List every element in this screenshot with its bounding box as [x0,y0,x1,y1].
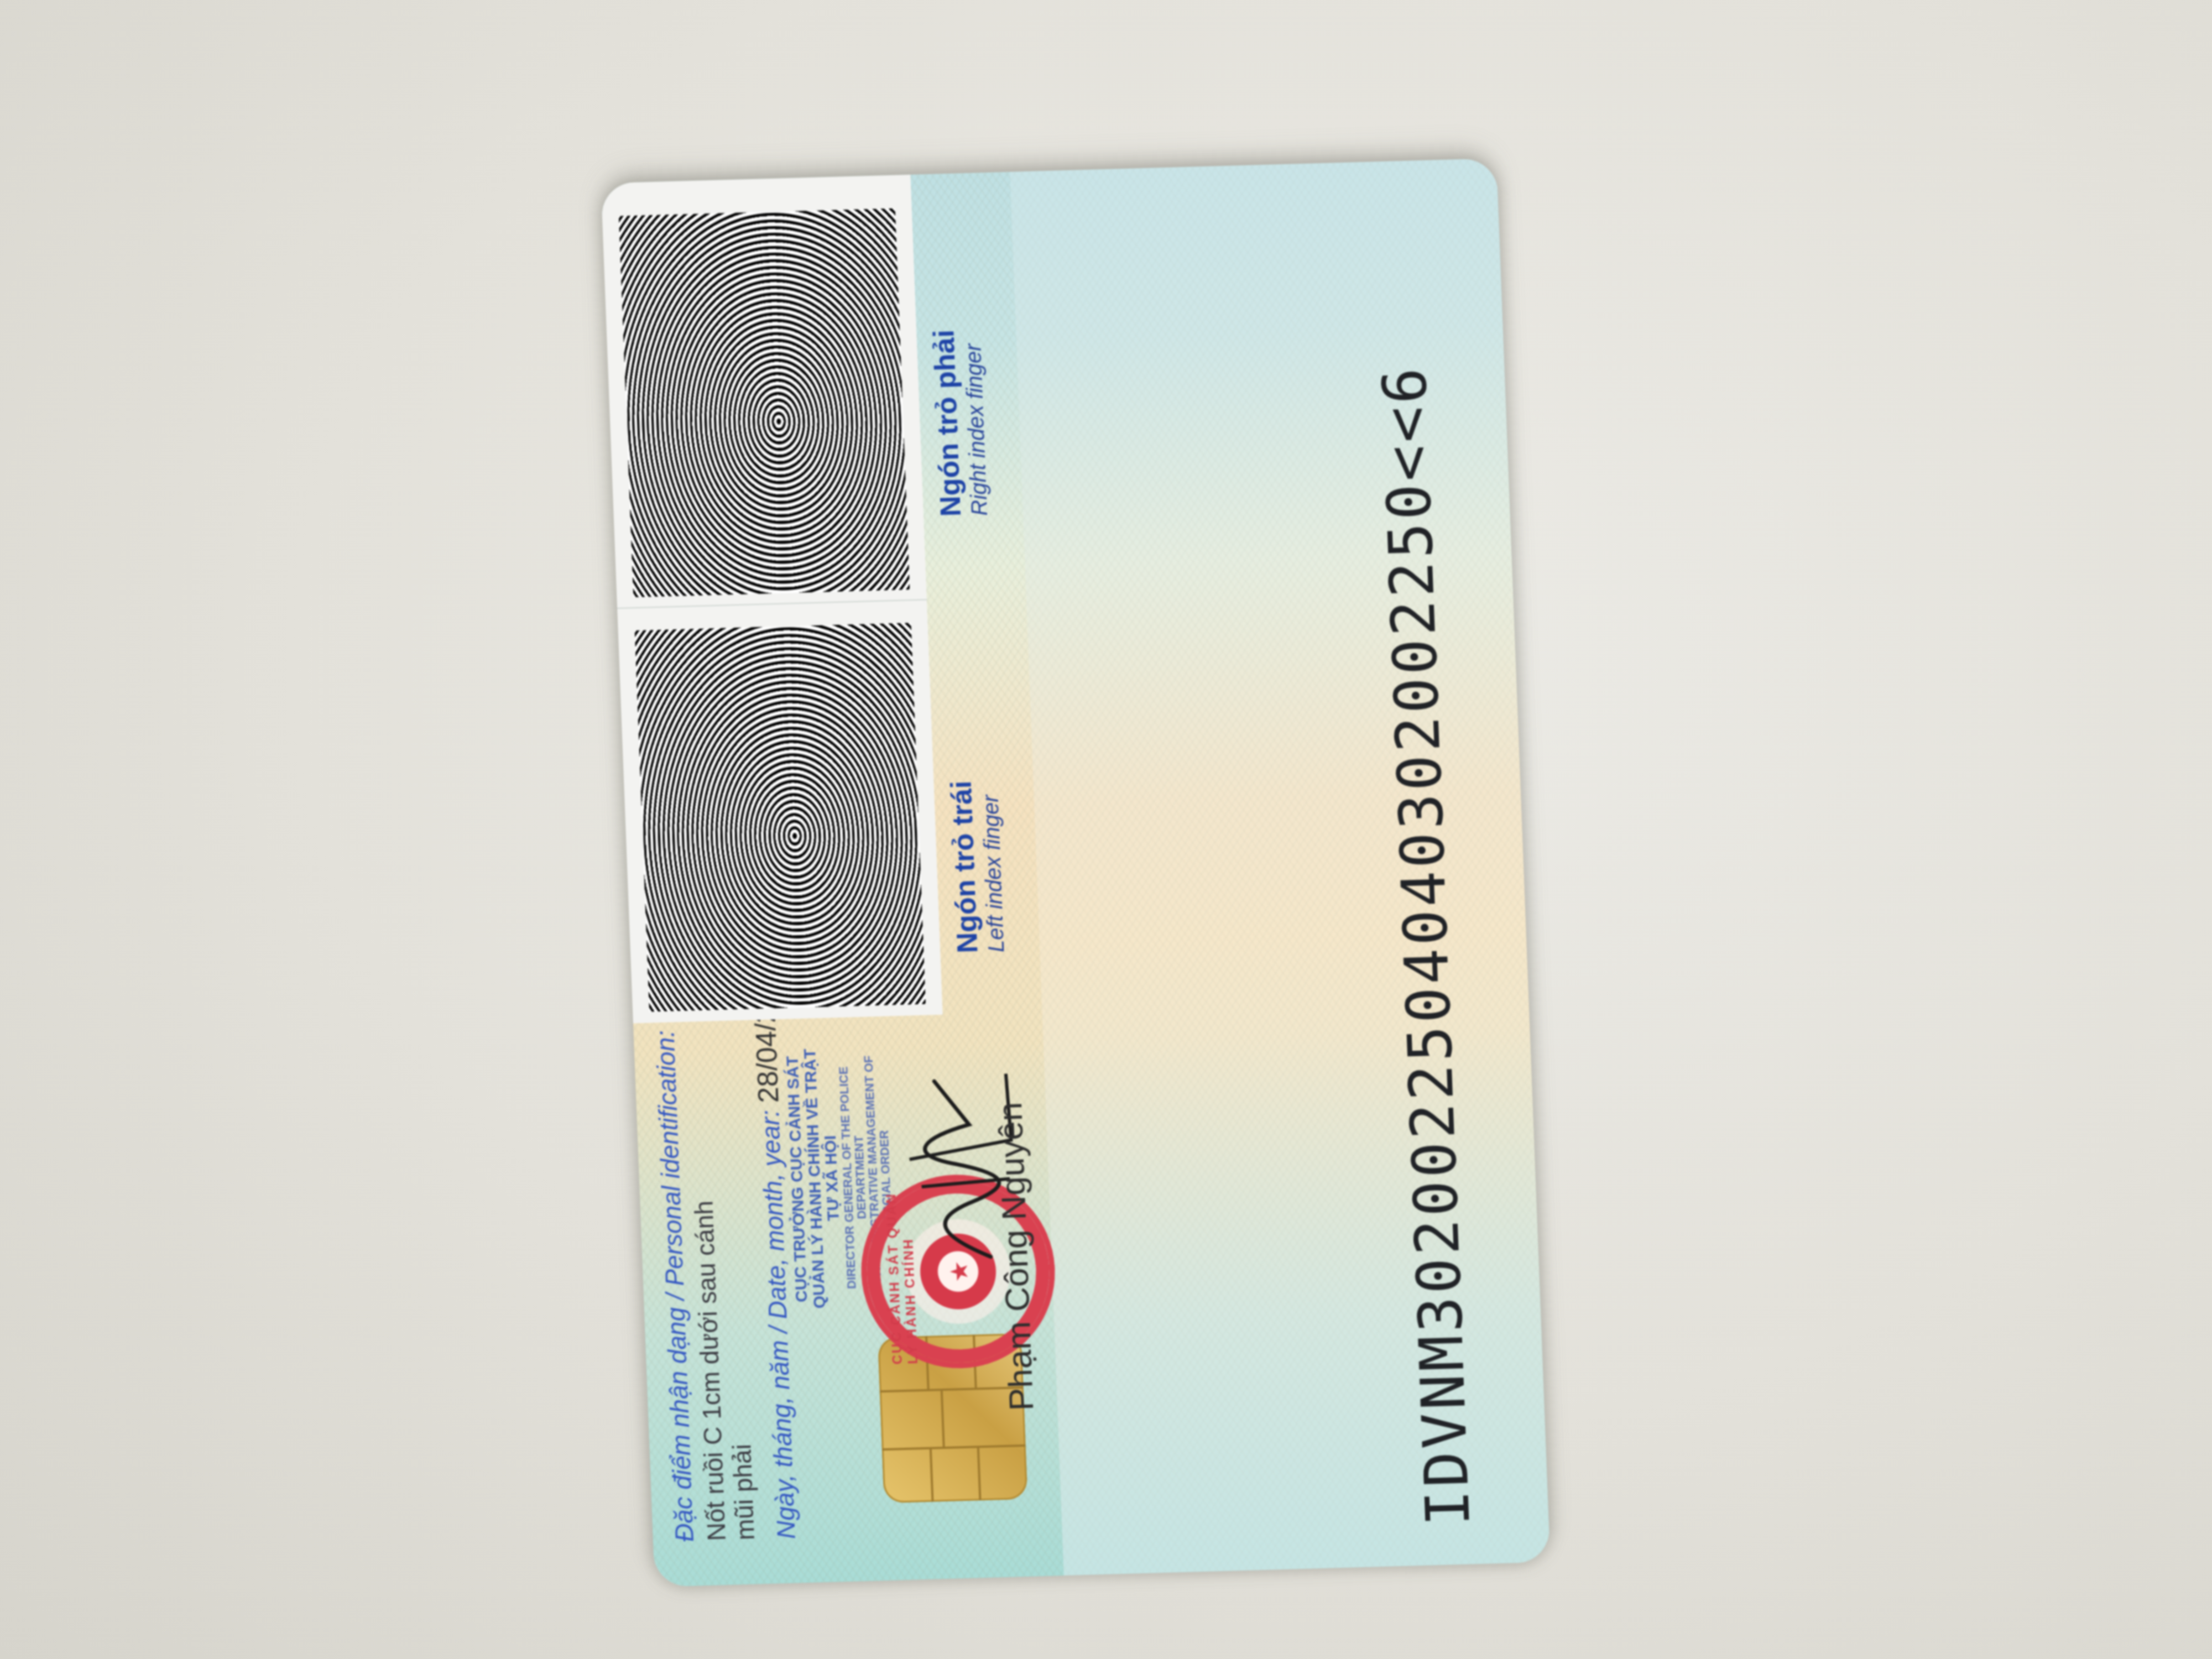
fingerprint-area [601,175,943,1024]
fingerprint-divider [617,599,927,609]
right-finger-label: Ngón trỏ phải Right index finger [927,328,993,517]
mrz-line-1: IDVNM3020022504040302002250<<6 [1353,176,1494,1527]
identification-label-en: Personal identification: [650,1030,689,1286]
id-card-back: Đặc điểm nhận dạng / Personal identifica… [601,158,1551,1587]
left-finger-label: Ngón trỏ trái Left index finger [945,780,1009,954]
left-index-fingerprint [635,623,926,1011]
right-index-fingerprint [619,208,910,597]
identification-value-line2: mũi phải [727,1444,760,1541]
issue-date-label-vi: Ngày, tháng, năm [764,1340,801,1540]
identification-label-vi: Đặc điểm nhận dạng [661,1307,699,1542]
machine-readable-zone: IDVNM3020022504040302002250<<6 0201195F2… [1176,158,1550,1532]
